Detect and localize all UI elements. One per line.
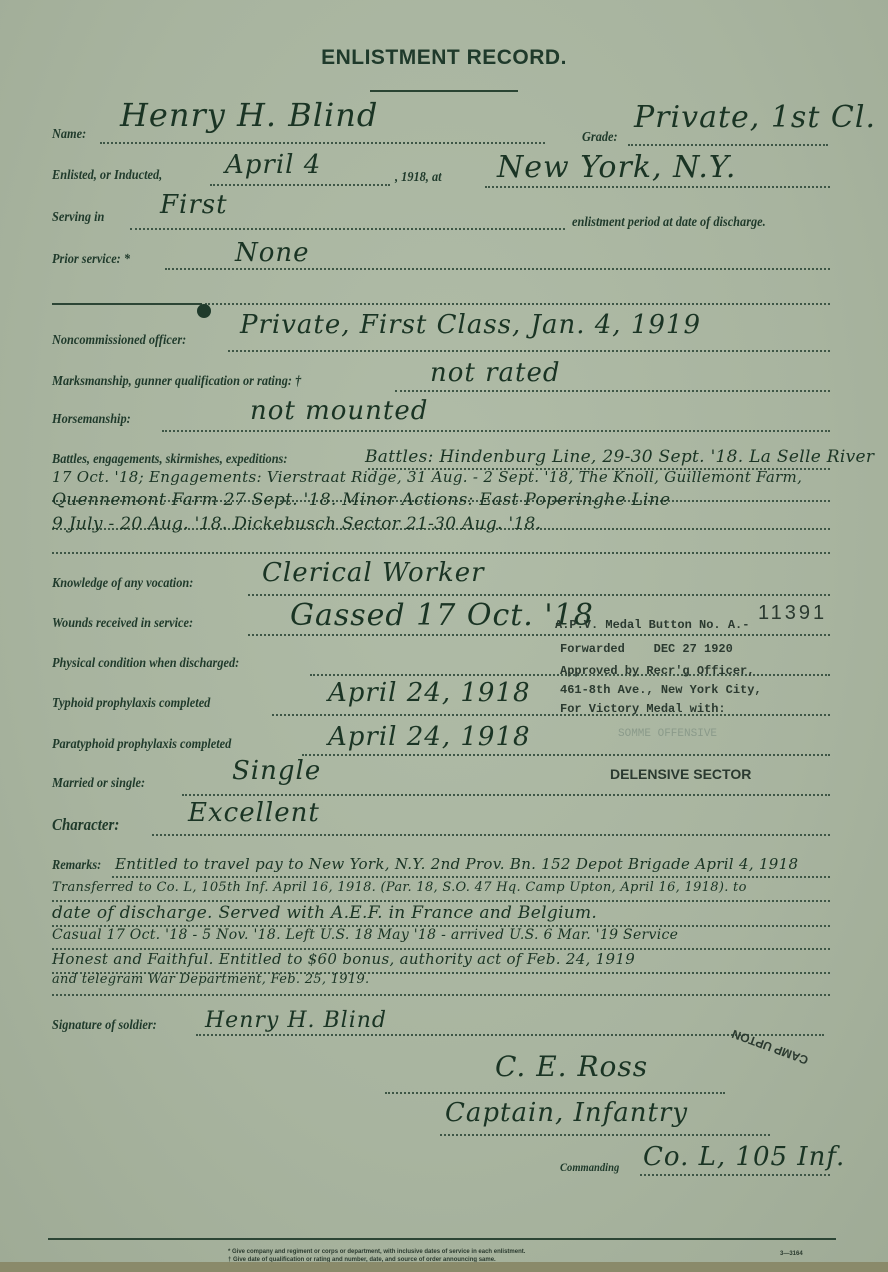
enlisted-place: New York, N.Y. xyxy=(497,150,736,185)
officer-signature: C. E. Ross xyxy=(495,1050,648,1083)
battles-text-3: Quennemont Farm 27 Sept. '18. Minor Acti… xyxy=(52,490,670,510)
name-line xyxy=(100,142,545,144)
signature-label: Signature of soldier: xyxy=(52,1018,157,1034)
married-value: Single xyxy=(232,756,321,786)
remarks-line-1 xyxy=(112,876,830,878)
marksmanship-label: Marksmanship, gunner qualification or ra… xyxy=(52,374,301,390)
name-label: Name: xyxy=(52,127,86,143)
officer-signature-line xyxy=(385,1092,725,1094)
defensive-sector-stamp: DELENSIVE SECTOR xyxy=(610,766,751,782)
battles-text-2: 17 Oct. '18; Engagements: Vierstraat Rid… xyxy=(52,468,802,486)
serving-in-line xyxy=(130,228,565,230)
victory-medal-stamp-line-5: For Victory Medal with: xyxy=(560,702,726,716)
remarks-text-2: Transferred to Co. L, 105th Inf. April 1… xyxy=(52,880,747,895)
camp-upton-stamp: CAMP UPTON xyxy=(730,1027,810,1068)
officer-title-line xyxy=(440,1134,770,1136)
somme-offensive-stamp: SOMME OFFENSIVE xyxy=(618,728,717,740)
enlistment-record-page: ENLISTMENT RECORD. Name: Henry H. Blind … xyxy=(0,0,888,1262)
remarks-text-1: Entitled to travel pay to New York, N.Y.… xyxy=(115,855,798,873)
prior-service-value: None xyxy=(235,238,310,268)
typhoid-label: Typhoid prophylaxis completed xyxy=(52,696,210,712)
married-label: Married or single: xyxy=(52,776,145,792)
grade-line xyxy=(628,144,828,146)
document-title: ENLISTMENT RECORD. xyxy=(0,46,888,70)
nco-line xyxy=(228,350,830,352)
horsemanship-value: not mounted xyxy=(250,396,428,426)
victory-medal-serial: 11391 xyxy=(758,602,827,625)
remarks-text-5: Honest and Faithful. Entitled to $60 bon… xyxy=(52,950,635,968)
character-line xyxy=(152,834,830,836)
horsemanship-label: Horsemanship: xyxy=(52,412,131,428)
battles-text-4: 9 July - 20 Aug. '18. Dickebusch Sector … xyxy=(52,514,541,534)
enlisted-label: Enlisted, or Inducted, xyxy=(52,168,162,184)
commanding-unit: Co. L, 105 Inf. xyxy=(643,1142,845,1172)
victory-medal-stamp-line-2: Forwarded DEC 27 1920 xyxy=(560,642,733,656)
battles-line-4 xyxy=(52,552,830,554)
enlisted-date-line xyxy=(210,184,390,186)
paper-bottom-edge xyxy=(0,1262,888,1272)
serving-in-label: Serving in xyxy=(52,210,104,226)
grade-label: Grade: xyxy=(582,130,618,146)
name-value: Henry H. Blind xyxy=(120,96,378,134)
commanding-line xyxy=(640,1174,830,1176)
physical-label: Physical condition when discharged: xyxy=(52,656,239,672)
separator-dots xyxy=(205,303,830,305)
marksmanship-value: not rated xyxy=(430,358,561,388)
soldier-signature: Henry H. Blind xyxy=(205,1008,387,1033)
paratyphoid-value: April 24, 1918 xyxy=(328,722,531,752)
footnote-1: * Give company and regiment or corps or … xyxy=(228,1249,525,1255)
wounds-value: Gassed 17 Oct. '18 xyxy=(290,598,594,633)
signature-line xyxy=(196,1034,824,1036)
nco-value: Private, First Class, Jan. 4, 1919 xyxy=(240,310,701,340)
typhoid-line xyxy=(272,714,830,716)
nco-label: Noncommissioned officer: xyxy=(52,333,186,349)
remarks-label: Remarks: xyxy=(52,858,101,874)
enlisted-year: , 1918, at xyxy=(395,170,442,186)
horsemanship-line xyxy=(162,430,830,432)
remarks-text-3: date of discharge. Served with A.E.F. in… xyxy=(52,903,597,923)
enlisted-date: April 4 xyxy=(225,150,321,180)
typhoid-value: April 24, 1918 xyxy=(328,678,531,708)
character-value: Excellent xyxy=(188,798,320,828)
marksmanship-line xyxy=(395,390,830,392)
paratyphoid-label: Paratyphoid prophylaxis completed xyxy=(52,737,231,753)
title-underline xyxy=(370,90,518,92)
form-number: 3—3164 xyxy=(780,1251,803,1257)
enlisted-place-line xyxy=(485,186,830,188)
separator-rule xyxy=(52,303,202,305)
victory-medal-stamp-line-1: A.P.V. Medal Button No. A.- xyxy=(555,618,749,632)
vocation-line xyxy=(248,594,830,596)
prior-service-line xyxy=(165,268,830,270)
vocation-value: Clerical Worker xyxy=(262,558,485,588)
vocation-label: Knowledge of any vocation: xyxy=(52,576,193,592)
battles-text-1: Battles: Hindenburg Line, 29-30 Sept. '1… xyxy=(365,447,874,467)
commanding-label: Commanding xyxy=(560,1160,619,1175)
serving-in-suffix: enlistment period at date of discharge. xyxy=(572,215,766,231)
prior-service-label: Prior service: * xyxy=(52,252,130,268)
married-line xyxy=(182,794,830,796)
remarks-end-line xyxy=(52,994,830,996)
remarks-text-4: Casual 17 Oct. '18 - 5 Nov. '18. Left U.… xyxy=(52,927,678,943)
victory-medal-stamp-line-3: Approved by Recr'g Officer, xyxy=(560,664,754,678)
grade-value: Private, 1st Cl. xyxy=(634,100,876,135)
footer-rule xyxy=(48,1238,836,1240)
remarks-text-6: and telegram War Department, Feb. 25, 19… xyxy=(52,972,369,987)
wounds-line xyxy=(248,634,830,636)
battles-label: Battles, engagements, skirmishes, expedi… xyxy=(52,452,287,468)
paratyphoid-line xyxy=(302,754,830,756)
serving-in-value: First xyxy=(160,190,228,220)
remarks-line-2 xyxy=(52,900,830,902)
victory-medal-stamp-line-4: 461-8th Ave., New York City, xyxy=(560,683,762,697)
ink-dot xyxy=(197,304,211,318)
officer-title: Captain, Infantry xyxy=(445,1098,688,1128)
wounds-label: Wounds received in service: xyxy=(52,616,193,632)
character-label: Character: xyxy=(52,815,119,835)
